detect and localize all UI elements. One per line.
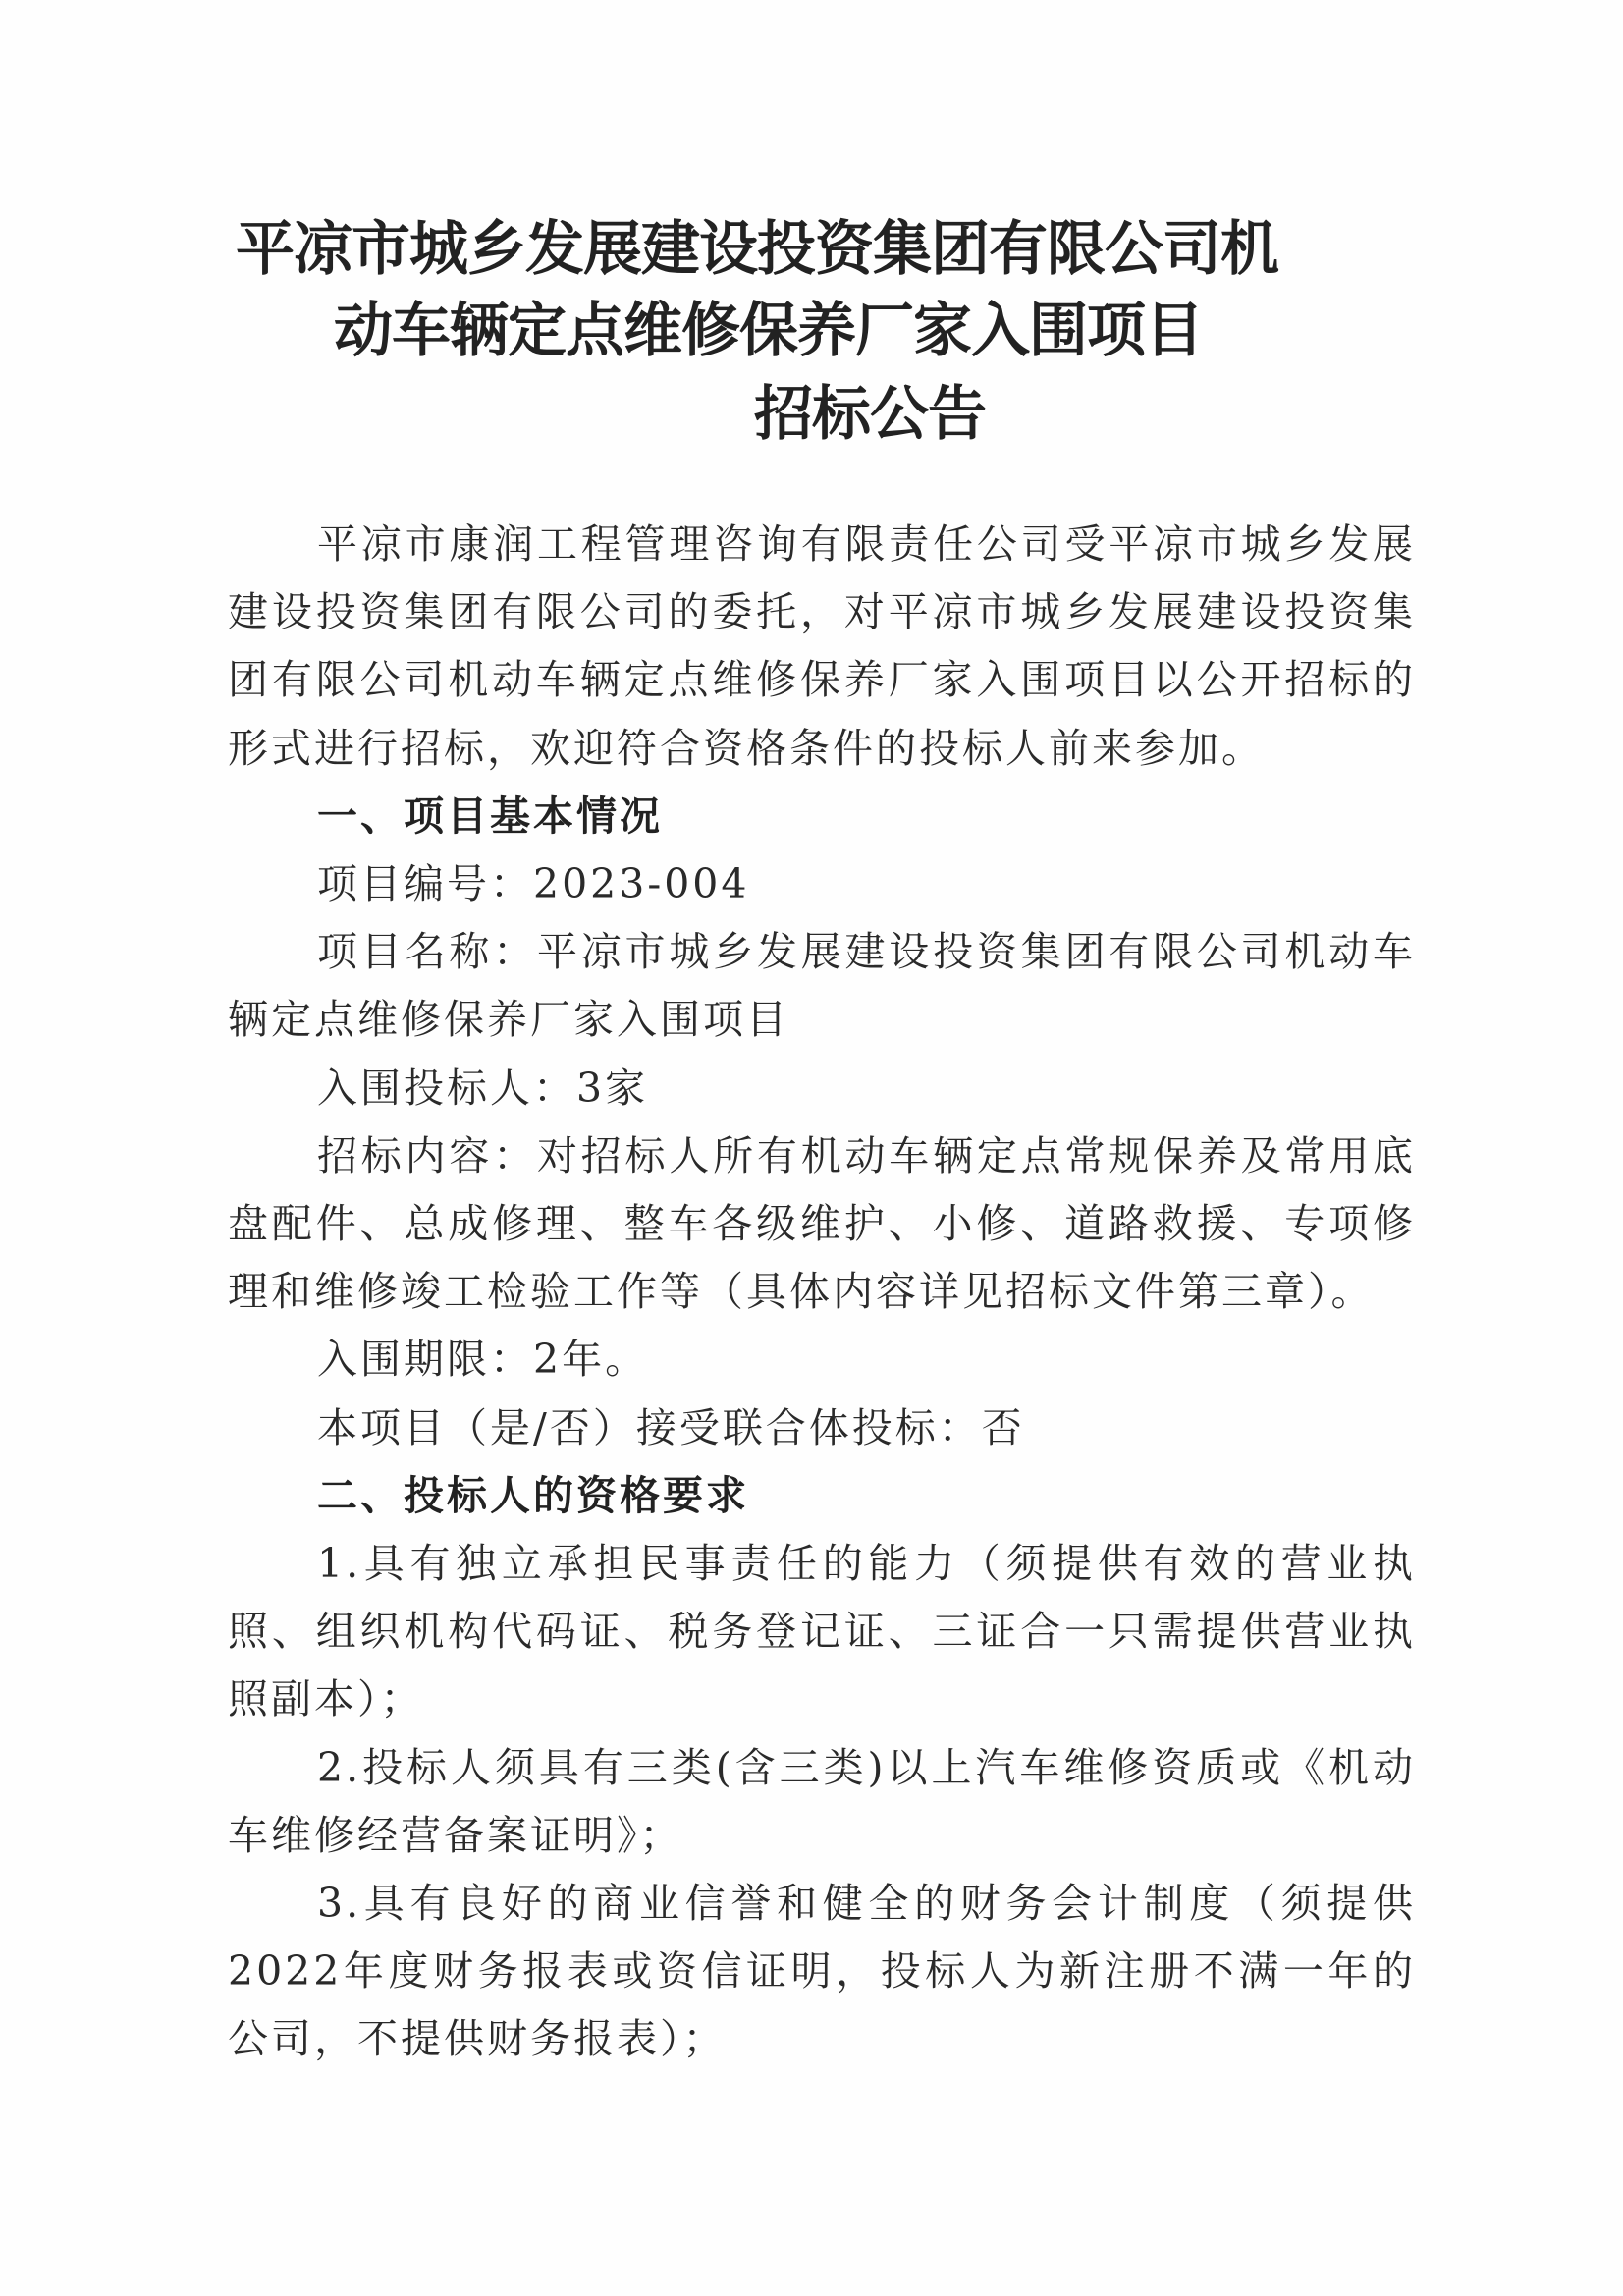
shortlist-term: 入围期限：2年。 [228, 1326, 1416, 1394]
section-1-heading: 一、项目基本情况 [228, 783, 1416, 850]
qualification-item-2: 2.投标人须具有三类(含三类)以上汽车维修资质或《机动车维修经营备案证明》； [228, 1734, 1416, 1870]
qualification-item-3: 3.具有良好的商业信誉和健全的财务会计制度（须提供2022年度财务报表或资信证明… [228, 1870, 1416, 2074]
title-line-2: 动车辆定点维修保养厂家入围项目 [334, 300, 1532, 362]
qualification-item-1: 1.具有独立承担民事责任的能力（须提供有效的营业执照、组织机构代码证、税务登记证… [228, 1530, 1416, 1734]
document-body: 平凉市康润工程管理咨询有限责任公司受平凉市城乡发展建设投资集团有限公司的委托，对… [228, 511, 1416, 2074]
document-page: 平凉市城乡发展建设投资集团有限公司机 动车辆定点维修保养厂家入围项目 招标公告 … [0, 0, 1623, 2296]
section-2-heading: 二、投标人的资格要求 [228, 1462, 1416, 1530]
shortlisted-bidders: 入围投标人：3家 [228, 1055, 1416, 1122]
intro-paragraph: 平凉市康润工程管理咨询有限责任公司受平凉市城乡发展建设投资集团有限公司的委托，对… [228, 511, 1416, 783]
project-number: 项目编号：2023-004 [228, 850, 1416, 918]
project-name: 项目名称：平凉市城乡发展建设投资集团有限公司机动车辆定点维修保养厂家入围项目 [228, 918, 1416, 1054]
consortium-bidding: 本项目（是/否）接受联合体投标：否 [228, 1394, 1416, 1462]
title-line-1: 平凉市城乡发展建设投资集团有限公司机 [236, 218, 1434, 281]
title-line-3: 招标公告 [754, 383, 1623, 446]
tender-content: 招标内容：对招标人所有机动车辆定点常规保养及常用底盘配件、总成修理、整车各级维护… [228, 1122, 1416, 1327]
